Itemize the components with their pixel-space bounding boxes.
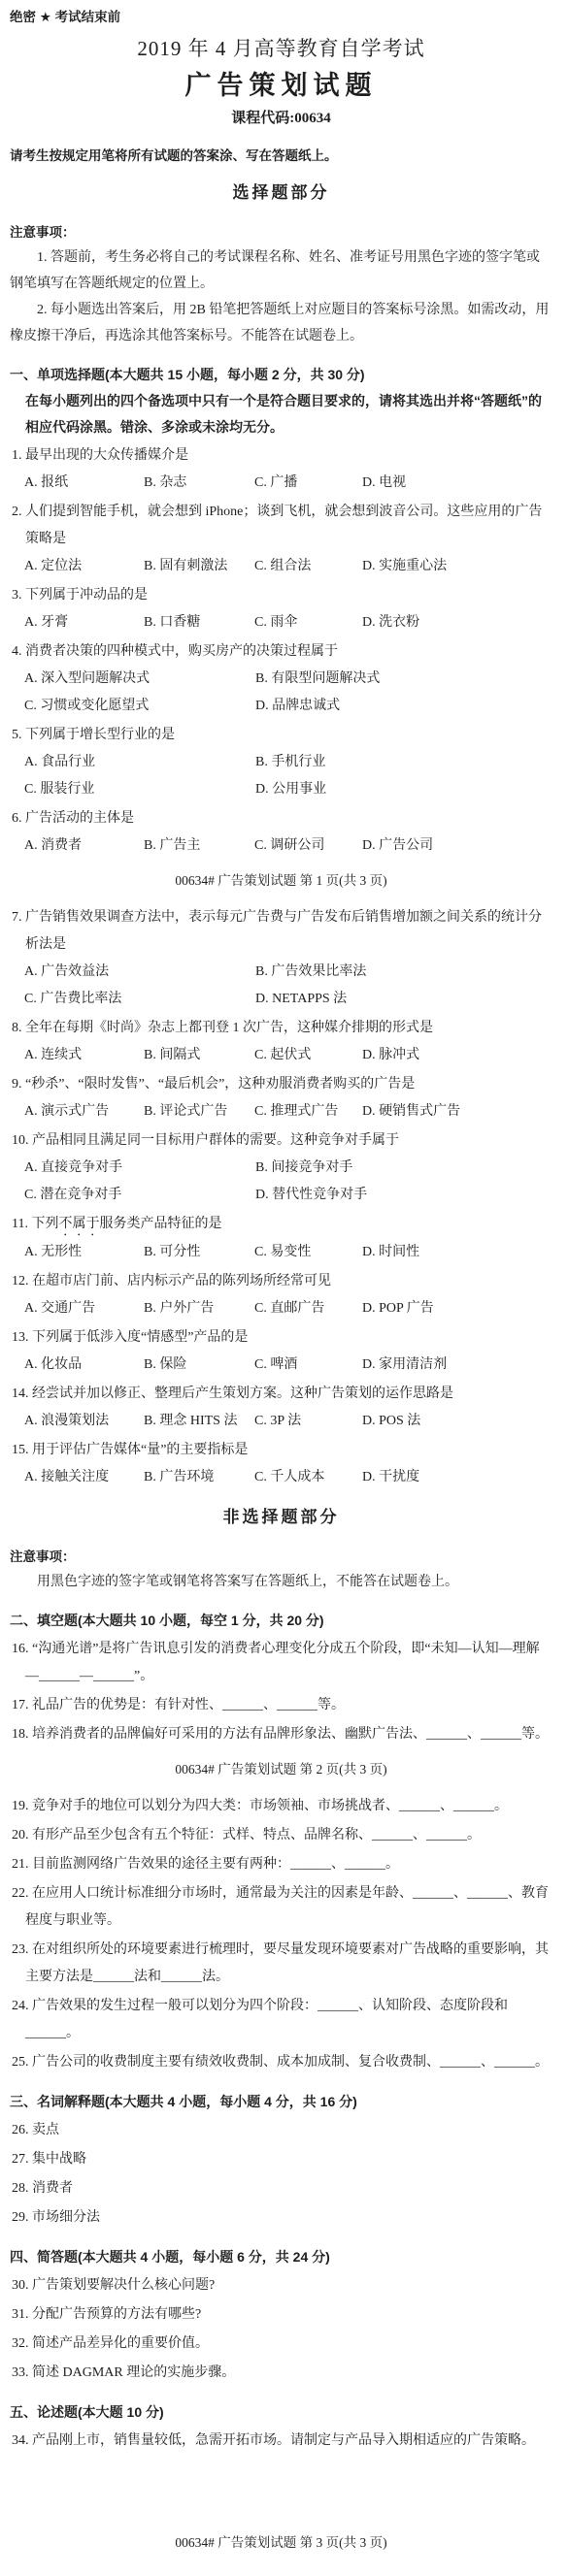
page-footer-2: 00634# 广告策划试题 第 2 页(共 3 页) — [10, 1756, 552, 1783]
question-text: 12. 在超市店门前、店内标示产品的陈列场所经常可见 — [12, 1274, 331, 1288]
mcq-option: D. POP 广告 — [362, 1295, 552, 1322]
question-text: 7. 广告销售效果调查方法中，表示每元广告费与广告发布后销售增加额之间关系的统计… — [12, 910, 542, 952]
mcq-option: A. 浪漫策划法 — [24, 1408, 144, 1435]
mcq-option: B. 固有刺激法 — [144, 553, 254, 580]
note-item: 用黑色字迹的签字笔或钢笔将答案写在答题纸上，不能答在试题卷上。 — [10, 1569, 552, 1595]
question-text: 14. 经尝试并加以修正、整理后产生策划方案。这种广告策划的运作思路是 — [12, 1386, 453, 1401]
mcq-option: B. 间隔式 — [144, 1042, 254, 1069]
fill-question-23: 23. 在对组织所处的环境要素进行梳理时，要尽量发现环境要素对广告战略的重要影响… — [25, 1937, 552, 1991]
mcq-option: A. 食品行业 — [24, 749, 255, 776]
question-text: 15. 用于评估广告媒体“量”的主要指标是 — [12, 1443, 248, 1457]
mcq-option: B. 口香糖 — [144, 609, 254, 636]
mcq-options-5: A. 食品行业 B. 手机行业 C. 服装行业 D. 公用事业 — [24, 749, 552, 803]
course-code: 课程代码:00634 — [10, 107, 552, 130]
fill-question-19: 19. 竞争对手的地位可以划分为四大类：市场领袖、市场挑战者、______、__… — [25, 1793, 552, 1820]
question-text: 2. 人们提到智能手机，就会想到 iPhone；谈到飞机，就会想到波音公司。这些… — [12, 505, 542, 546]
mcq-option: D. 时间性 — [362, 1239, 552, 1266]
mcq-option: C. 雨伞 — [254, 609, 362, 636]
exam-paper-scan: { "page": { "classification": "绝密 ★ 考试结束… — [0, 0, 568, 2576]
choice-part-header: 选择题部分 — [10, 179, 552, 208]
short-answer-question-31: 31. 分配广告预算的方法有哪些? — [25, 2301, 552, 2329]
question-text: 6. 广告活动的主体是 — [12, 811, 134, 826]
mcq-option: C. 服装行业 — [24, 776, 255, 803]
question-text: 11. 下列 — [12, 1217, 58, 1231]
mcq-option: D. 公用事业 — [255, 776, 552, 803]
mcq-option: B. 间接竞争对手 — [255, 1155, 552, 1182]
mcq-question-14: 14. 经尝试并加以修正、整理后产生策划方案。这种广告策划的运作思路是 — [25, 1381, 552, 1408]
mcq-option: C. 习惯或变化愿望式 — [24, 693, 255, 720]
fill-question-24: 24. 广告效果的发生过程一般可以划分为四个阶段：______、认知阶段、态度阶… — [25, 1993, 552, 2047]
mcq-option: B. 户外广告 — [144, 1295, 254, 1322]
notes-title: 注意事项： — [10, 221, 552, 245]
fill-question-17: 17. 礼品广告的优势是：有针对性、______、______等。 — [25, 1692, 552, 1719]
mcq-question-4: 4. 消费者决策的四种模式中，购买房产的决策过程属于 — [25, 638, 552, 666]
mcq-option: D. 品牌忠诚式 — [255, 693, 552, 720]
fill-question-22: 22. 在应用人口统计标准细分市场时，通常最为关注的因素是年龄、______、_… — [25, 1880, 552, 1935]
mcq-question-13: 13. 下列属于低涉入度“情感型”产品的是 — [25, 1324, 552, 1352]
pen-instruction: 请考生按规定用笔将所有试题的答案涂、写在答题纸上。 — [10, 146, 552, 167]
mcq-option: B. 评论式广告 — [144, 1098, 254, 1125]
fill-question-21: 21. 目前监测网络广告效果的途径主要有两种：______、______。 — [25, 1851, 552, 1878]
essay-section-heading: 五、论述题(本大题 10 分) — [10, 2398, 552, 2426]
mcq-question-5: 5. 下列属于增长型行业的是 — [25, 722, 552, 749]
mcq-option: A. 直接竞争对手 — [24, 1155, 255, 1182]
mcq-option: B. 理念 HITS 法 — [144, 1408, 254, 1435]
mcq-option: A. 无形性 — [24, 1239, 144, 1266]
mcq-option: B. 有限型问题解决式 — [255, 666, 552, 693]
mcq-option: C. 啤酒 — [254, 1352, 362, 1379]
short-answer-question-30: 30. 广告策划要解决什么核心问题? — [25, 2272, 552, 2299]
mcq-options-4: A. 深入型问题解决式 B. 有限型问题解决式 C. 习惯或变化愿望式 D. 品… — [24, 666, 552, 720]
fill-question-16: 16. “沟通光谱”是将广告讯息引发的消费者心理变化分成五个阶段，即“未知—认知… — [25, 1636, 552, 1690]
fill-question-25: 25. 广告公司的收费制度主要有绩效收费制、成本加成制、复合收费制、______… — [25, 2049, 552, 2076]
page-footer-1: 00634# 广告策划试题 第 1 页(共 3 页) — [10, 867, 552, 895]
mcq-option: C. 潜在竞争对手 — [24, 1182, 255, 1209]
mcq-option: D. 脉冲式 — [362, 1042, 552, 1069]
mcq-option: D. 干扰度 — [362, 1464, 552, 1491]
mcq-options-11: A. 无形性 B. 可分性 C. 易变性 D. 时间性 — [24, 1239, 552, 1266]
mcq-option: D. POS 法 — [362, 1408, 552, 1435]
term-item-29: 29. 市场细分法 — [25, 2204, 552, 2232]
mcq-question-2: 2. 人们提到智能手机，就会想到 iPhone；谈到飞机，就会想到波音公司。这些… — [25, 499, 552, 553]
mcq-options-3: A. 牙膏 B. 口香糖 C. 雨伞 D. 洗衣粉 — [24, 609, 552, 636]
term-item-27: 27. 集中战略 — [25, 2146, 552, 2173]
mcq-option: C. 广告费比率法 — [24, 986, 255, 1013]
mcq-option: A. 化妆品 — [24, 1352, 144, 1379]
mcq-question-10: 10. 产品相同且满足同一目标用户群体的需要。这种竞争对手属于 — [25, 1127, 552, 1155]
emphasized-text: 不属于 — [58, 1217, 99, 1231]
mcq-option: D. 电视 — [362, 470, 552, 497]
mcq-option: B. 杂志 — [144, 470, 254, 497]
mcq-option: B. 可分性 — [144, 1239, 254, 1266]
classification-banner: 绝密 ★ 考试结束前 — [10, 8, 552, 27]
mcq-question-3: 3. 下列属于冲动品的是 — [25, 582, 552, 609]
question-text: 13. 下列属于低涉入度“情感型”产品的是 — [12, 1330, 248, 1345]
mcq-option: C. 推理式广告 — [254, 1098, 362, 1125]
mcq-option: D. 广告公司 — [362, 832, 552, 860]
note-item: 1. 答题前，考生务必将自己的考试课程名称、姓名、准考证号用黑色字迹的签字笔或钢… — [10, 245, 552, 297]
question-text: 5. 下列属于增长型行业的是 — [12, 728, 175, 742]
question-text: 4. 消费者决策的四种模式中，购买房产的决策过程属于 — [12, 644, 338, 659]
page-footer-3: 00634# 广告策划试题 第 3 页(共 3 页) — [10, 2529, 552, 2557]
question-text: 1. 最早出现的大众传播媒介是 — [12, 448, 188, 463]
mcq-option: A. 接触关注度 — [24, 1464, 144, 1491]
mcq-option: A. 广告效益法 — [24, 959, 255, 986]
term-item-26: 26. 卖点 — [25, 2117, 552, 2144]
mcq-option: A. 交通广告 — [24, 1295, 144, 1322]
mcq-option: C. 易变性 — [254, 1239, 362, 1266]
essay-question-34: 34. 产品刚上市，销售量较低，急需开拓市场。请制定与产品导入期相适应的广告策略… — [25, 2428, 552, 2455]
mcq-options-6: A. 消费者 B. 广告主 C. 调研公司 D. 广告公司 — [24, 832, 552, 860]
mcq-option: A. 报纸 — [24, 470, 144, 497]
mcq-option: D. 实施重心法 — [362, 553, 552, 580]
non-choice-part-header: 非选择题部分 — [10, 1503, 552, 1532]
exam-paper-title: 广告策划试题 — [10, 68, 552, 103]
mcq-option: B. 手机行业 — [255, 749, 552, 776]
mcq-option: C. 广播 — [254, 470, 362, 497]
mcq-options-14: A. 浪漫策划法 B. 理念 HITS 法 C. 3P 法 D. POS 法 — [24, 1408, 552, 1435]
fill-question-20: 20. 有形产品至少包含有五个特征：式样、特点、品牌名称、______、____… — [25, 1822, 552, 1849]
fill-question-18: 18. 培养消费者的品牌偏好可采用的方法有品牌形象法、幽默广告法、______、… — [25, 1721, 552, 1748]
mcq-option: D. 家用清洁剂 — [362, 1352, 552, 1379]
mcq-options-9: A. 演示式广告 B. 评论式广告 C. 推理式广告 D. 硬销售式广告 — [24, 1098, 552, 1125]
short-answer-section-heading: 四、简答题(本大题共 4 小题，每小题 6 分，共 24 分) — [10, 2243, 552, 2270]
fill-section-heading: 二、填空题(本大题共 10 小题，每空 1 分，共 20 分) — [10, 1607, 552, 1634]
mcq-options-15: A. 接触关注度 B. 广告环境 C. 千人成本 D. 干扰度 — [24, 1464, 552, 1491]
mcq-intro: 在每小题列出的四个备选项中只有一个是符合题目要求的，请将其选出并将“答题纸”的相… — [25, 388, 552, 440]
mcq-question-6: 6. 广告活动的主体是 — [25, 805, 552, 832]
mcq-options-13: A. 化妆品 B. 保险 C. 啤酒 D. 家用清洁剂 — [24, 1352, 552, 1379]
blank-space — [10, 2455, 552, 2522]
mcq-option: D. 替代性竞争对手 — [255, 1182, 552, 1209]
mcq-options-7: A. 广告效益法 B. 广告效果比率法 C. 广告费比率法 D. NETAPPS… — [24, 959, 552, 1013]
question-text: 8. 全年在每期《时尚》杂志上都刊登 1 次广告，这种媒介排期的形式是 — [12, 1021, 433, 1035]
mcq-options-12: A. 交通广告 B. 户外广告 C. 直邮广告 D. POP 广告 — [24, 1295, 552, 1322]
mcq-option: B. 广告环境 — [144, 1464, 254, 1491]
mcq-options-1: A. 报纸 B. 杂志 C. 广播 D. 电视 — [24, 470, 552, 497]
question-text: 10. 产品相同且满足同一目标用户群体的需要。这种竞争对手属于 — [12, 1133, 399, 1148]
mcq-question-9: 9. “秒杀”、“限时发售”、“最后机会”，这种劝服消费者购买的广告是 — [25, 1071, 552, 1098]
mcq-option: C. 3P 法 — [254, 1408, 362, 1435]
mcq-option: D. 硬销售式广告 — [362, 1098, 552, 1125]
question-text: 3. 下列属于冲动品的是 — [12, 588, 148, 603]
mcq-option: B. 保险 — [144, 1352, 254, 1379]
mcq-options-10: A. 直接竞争对手 B. 间接竞争对手 C. 潜在竞争对手 D. 替代性竞争对手 — [24, 1155, 552, 1209]
notes-title: 注意事项： — [10, 1546, 552, 1569]
mcq-question-15: 15. 用于评估广告媒体“量”的主要指标是 — [25, 1437, 552, 1464]
mcq-option: C. 调研公司 — [254, 832, 362, 860]
mcq-options-8: A. 连续式 B. 间隔式 C. 起伏式 D. 脉冲式 — [24, 1042, 552, 1069]
mcq-option: B. 广告主 — [144, 832, 254, 860]
mcq-question-11: 11. 下列不属于服务类产品特征的是 — [25, 1211, 552, 1239]
mcq-question-12: 12. 在超市店门前、店内标示产品的陈列场所经常可见 — [25, 1268, 552, 1295]
mcq-option: A. 深入型问题解决式 — [24, 666, 255, 693]
mcq-option: A. 定位法 — [24, 553, 144, 580]
mcq-option: D. 洗衣粉 — [362, 609, 552, 636]
mcq-option: A. 消费者 — [24, 832, 144, 860]
mcq-option: C. 千人成本 — [254, 1464, 362, 1491]
mcq-option: A. 演示式广告 — [24, 1098, 144, 1125]
mcq-option: C. 组合法 — [254, 553, 362, 580]
question-text: 9. “秒杀”、“限时发售”、“最后机会”，这种劝服消费者购买的广告是 — [12, 1077, 415, 1092]
question-text: 服务类产品特征的是 — [99, 1217, 221, 1231]
mcq-option: C. 起伏式 — [254, 1042, 362, 1069]
short-answer-question-32: 32. 简述产品差异化的重要价值。 — [25, 2331, 552, 2358]
mcq-option: A. 连续式 — [24, 1042, 144, 1069]
mcq-question-1: 1. 最早出现的大众传播媒介是 — [25, 442, 552, 470]
term-item-28: 28. 消费者 — [25, 2175, 552, 2202]
exam-session-title: 2019 年 4 月高等教育自学考试 — [10, 33, 552, 64]
terms-section-heading: 三、名词解释题(本大题共 4 小题，每小题 4 分，共 16 分) — [10, 2088, 552, 2115]
short-answer-question-33: 33. 简述 DAGMAR 理论的实施步骤。 — [25, 2360, 552, 2387]
mcq-section-heading: 一、单项选择题(本大题共 15 小题，每小题 2 分，共 30 分) — [10, 361, 552, 388]
mcq-option: D. NETAPPS 法 — [255, 986, 552, 1013]
mcq-question-7: 7. 广告销售效果调查方法中，表示每元广告费与广告发布后销售增加额之间关系的统计… — [25, 904, 552, 959]
mcq-option: B. 广告效果比率法 — [255, 959, 552, 986]
mcq-option: C. 直邮广告 — [254, 1295, 362, 1322]
note-item: 2. 每小题选出答案后，用 2B 铅笔把答题纸上对应题目的答案标号涂黑。如需改动… — [10, 297, 552, 349]
mcq-question-8: 8. 全年在每期《时尚》杂志上都刊登 1 次广告，这种媒介排期的形式是 — [25, 1015, 552, 1042]
mcq-options-2: A. 定位法 B. 固有刺激法 C. 组合法 D. 实施重心法 — [24, 553, 552, 580]
mcq-option: A. 牙膏 — [24, 609, 144, 636]
